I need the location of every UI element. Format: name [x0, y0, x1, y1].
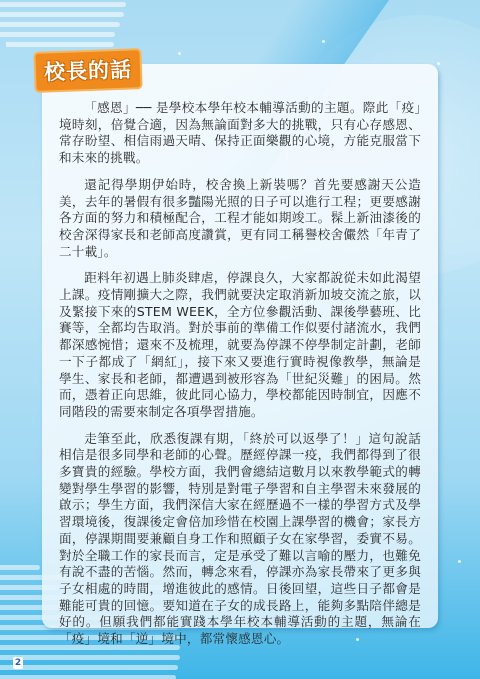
page-number: 2 — [13, 657, 23, 669]
article-body: 「感恩」── 是學校本學年校本輔導活動的主題。際此「疫」境時刻，倍覺合適，因為無… — [59, 100, 421, 658]
page-title-badge: 校長的話 — [35, 50, 140, 91]
sparkle-decoration — [458, 560, 461, 563]
article-paragraph-4: 走筆至此，欣悉復課有期，「終於可以返學了！」這句說話相信是很多同學和老師的心聲。… — [59, 431, 421, 648]
article-paragraph-3: 距料年初遇上肺炎肆虐，停課良久，大家都說從未如此渴望上課。疫情剛擴大之際，我們就… — [59, 270, 421, 420]
sparkle-decoration — [437, 62, 440, 65]
sparkle-decoration — [322, 40, 325, 43]
article-paragraph-1: 「感恩」── 是學校本學年校本輔導活動的主題。際此「疫」境時刻，倍覺合適，因為無… — [59, 100, 421, 167]
sparkle-decoration — [178, 52, 181, 55]
article-panel: 「感恩」── 是學校本學年校本輔導活動的主題。際此「疫」境時刻，倍覺合適，因為無… — [42, 64, 438, 628]
article-paragraph-2: 還記得學期伊始時，校舍換上新裝嗎？首先要感謝天公造美，去年的暑假有很多豔陽光照的… — [59, 177, 421, 261]
page-title: 校長的話 — [44, 57, 133, 84]
